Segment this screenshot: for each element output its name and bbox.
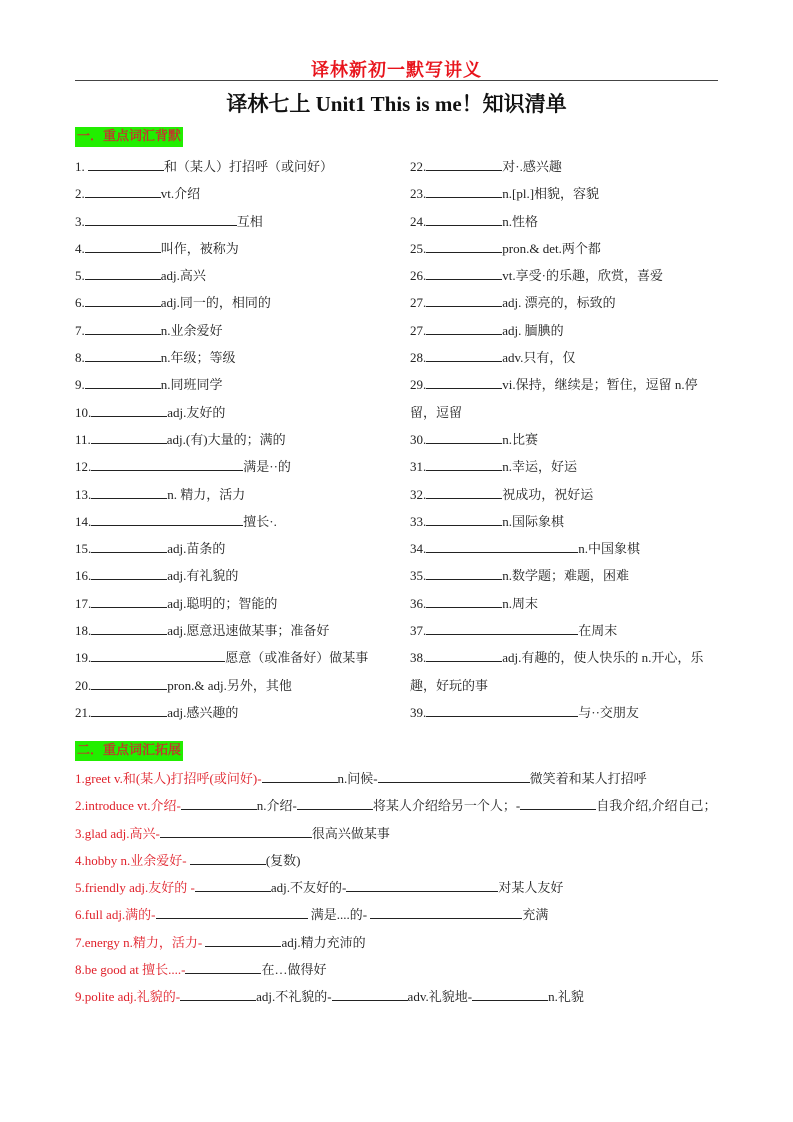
- item-number: 35.: [410, 568, 426, 583]
- extension-item: 4.hobby n.业余爱好- (复数): [75, 847, 725, 874]
- answer-blank[interactable]: [160, 825, 312, 838]
- item-number: 27.: [410, 295, 426, 310]
- extension-text: 将某人介绍给另一个人；-: [373, 798, 520, 813]
- answer-blank[interactable]: [426, 458, 502, 471]
- answer-blank[interactable]: [426, 376, 502, 389]
- vocab-item: 27.adj. 漂亮的，标致的: [410, 289, 720, 316]
- item-meaning: 互相: [237, 214, 263, 229]
- answer-blank[interactable]: [91, 595, 167, 608]
- item-number: 31.: [410, 459, 426, 474]
- item-number: 10.: [75, 405, 91, 420]
- extension-text: 很高兴做某事: [312, 826, 390, 841]
- extension-item: 6.full adj.满的- 满是....的- 充满: [75, 901, 725, 928]
- answer-blank[interactable]: [85, 213, 237, 226]
- answer-blank[interactable]: [346, 879, 498, 892]
- extension-prompt: 5.friendly adj.友好的 -: [75, 880, 195, 895]
- extension-text: (复数): [266, 853, 301, 868]
- vocab-item: 12.满是··的: [75, 453, 395, 480]
- answer-blank[interactable]: [426, 185, 502, 198]
- answer-blank[interactable]: [195, 879, 271, 892]
- vocab-item: 34.n.中国象棋: [410, 535, 720, 562]
- vocab-item: 21.adj.感兴趣的: [75, 699, 395, 726]
- extension-text: 充满: [522, 907, 548, 922]
- extension-prompt: 8.be good at 擅长....-: [75, 962, 185, 977]
- extension-text: adj.不礼貌的-: [256, 989, 331, 1004]
- vocab-item: 9.n.同班同学: [75, 371, 395, 398]
- item-number: 15.: [75, 541, 91, 556]
- item-number: 27.: [410, 323, 426, 338]
- answer-blank[interactable]: [91, 404, 167, 417]
- item-meaning: n.[pl.]相貌，容貌: [502, 186, 599, 201]
- answer-blank[interactable]: [205, 934, 281, 947]
- item-meaning: 祝成功，祝好运: [502, 487, 593, 502]
- vocab-item: 36.n.周末: [410, 590, 720, 617]
- item-meaning: 对·.感兴趣: [502, 159, 562, 174]
- answer-blank[interactable]: [426, 704, 578, 717]
- answer-blank[interactable]: [91, 458, 243, 471]
- item-number: 28.: [410, 350, 426, 365]
- answer-blank[interactable]: [426, 431, 502, 444]
- answer-blank[interactable]: [520, 797, 596, 810]
- answer-blank[interactable]: [190, 852, 266, 865]
- vocab-list-left: 1. 和（某人）打招呼（或问好）2.vt.介绍3.互相4.叫作，被称为5.adj…: [75, 153, 395, 726]
- answer-blank[interactable]: [426, 513, 502, 526]
- item-number: 17.: [75, 596, 91, 611]
- answer-blank[interactable]: [91, 649, 225, 662]
- extension-item: 9.polite adj.礼貌的-adj.不礼貌的-adv.礼貌地-n.礼貌: [75, 983, 725, 1010]
- answer-blank[interactable]: [185, 961, 261, 974]
- vocab-item: 10.adj.友好的: [75, 399, 395, 426]
- item-number: 33.: [410, 514, 426, 529]
- item-number: 19.: [75, 650, 91, 665]
- item-meaning: adj.友好的: [167, 405, 225, 420]
- answer-blank[interactable]: [426, 240, 502, 253]
- vocab-item: 39.与··交朋友: [410, 699, 720, 726]
- answer-blank[interactable]: [181, 797, 257, 810]
- item-meaning: n.同班同学: [161, 377, 223, 392]
- item-number: 6.: [75, 295, 85, 310]
- answer-blank[interactable]: [426, 540, 578, 553]
- answer-blank[interactable]: [426, 622, 578, 635]
- answer-blank[interactable]: [91, 486, 167, 499]
- extension-item: 3.glad adj.高兴-很高兴做某事: [75, 820, 725, 847]
- extension-text: 自我介绍,介绍自己；: [596, 798, 716, 813]
- item-number: 2.: [75, 186, 85, 201]
- extension-prompt: 4.hobby n.业余爱好-: [75, 853, 190, 868]
- extension-prompt: 3.glad adj.高兴-: [75, 826, 160, 841]
- extension-prompt: 6.full adj.满的-: [75, 907, 156, 922]
- item-number: 4.: [75, 241, 85, 256]
- vocab-item: 7.n.业余爱好: [75, 317, 395, 344]
- answer-blank[interactable]: [91, 704, 167, 717]
- vocab-item: 32.祝成功，祝好运: [410, 481, 720, 508]
- item-meaning: vt.介绍: [161, 186, 200, 201]
- vocab-item: 33.n.国际象棋: [410, 508, 720, 535]
- item-number: 20.: [75, 678, 91, 693]
- item-number: 13.: [75, 487, 91, 502]
- answer-blank[interactable]: [332, 988, 408, 1001]
- item-number: 36.: [410, 596, 426, 611]
- extension-item: 8.be good at 擅长....-在…做得好: [75, 956, 725, 983]
- document-title: 译林七上 Unit1 This is me！知识清单: [0, 88, 793, 118]
- answer-blank[interactable]: [426, 649, 502, 662]
- section-2-heading: 二．重点词汇拓展: [75, 741, 183, 761]
- vocab-item: 25.pron.& det.两个都: [410, 235, 720, 262]
- item-meaning: n.业余爱好: [161, 323, 223, 338]
- item-number: 26.: [410, 268, 426, 283]
- vocab-item: 19.愿意（或准备好）做某事: [75, 644, 395, 671]
- vocab-item: 31.n.幸运，好运: [410, 453, 720, 480]
- item-meaning: adv.只有，仅: [502, 350, 575, 365]
- item-number: 5.: [75, 268, 85, 283]
- vocab-item: 4.叫作，被称为: [75, 235, 395, 262]
- vocab-item: 2.vt.介绍: [75, 180, 395, 207]
- vocab-item: 37.在周末: [410, 617, 720, 644]
- item-number: 38.: [410, 650, 426, 665]
- vocab-item: 3.互相: [75, 208, 395, 235]
- extension-prompt: 2.introduce vt.介绍-: [75, 798, 181, 813]
- answer-blank[interactable]: [426, 349, 502, 362]
- vocab-item: 22.对·.感兴趣: [410, 153, 720, 180]
- section-1-heading: 一．重点词汇背默: [75, 127, 183, 147]
- item-number: 37.: [410, 623, 426, 638]
- answer-blank[interactable]: [91, 431, 167, 444]
- item-number: 39.: [410, 705, 426, 720]
- answer-blank[interactable]: [297, 797, 373, 810]
- item-number: 24.: [410, 214, 426, 229]
- answer-blank[interactable]: [426, 486, 502, 499]
- extension-text: adv.礼貌地-: [408, 989, 473, 1004]
- item-meaning: 擅长·.: [243, 514, 277, 529]
- item-meaning: n.数学题；难题，困难: [502, 568, 629, 583]
- extension-text: adj.不友好的-: [271, 880, 346, 895]
- item-meaning: n.比赛: [502, 432, 538, 447]
- vocab-extension-list: 1.greet v.和(某人)打招呼(或问好)-n.问候-微笑着和某人打招呼2.…: [75, 765, 725, 1011]
- answer-blank[interactable]: [85, 267, 161, 280]
- item-meaning: adj.感兴趣的: [167, 705, 238, 720]
- item-meaning: n.国际象棋: [502, 514, 564, 529]
- item-meaning: pron.& adj.另外，其他: [167, 678, 292, 693]
- extension-text: n.问候-: [338, 771, 378, 786]
- item-meaning: 愿意（或准备好）做某事: [225, 650, 368, 665]
- answer-blank[interactable]: [85, 322, 161, 335]
- extension-text: n.介绍-: [257, 798, 297, 813]
- item-number: 30.: [410, 432, 426, 447]
- vocab-item: 23.n.[pl.]相貌，容貌: [410, 180, 720, 207]
- header-divider: [75, 80, 718, 81]
- answer-blank[interactable]: [91, 540, 167, 553]
- vocab-item: 35.n.数学题；难题，困难: [410, 562, 720, 589]
- answer-blank[interactable]: [426, 213, 502, 226]
- item-number: 32.: [410, 487, 426, 502]
- vocab-item: 27.adj. 腼腆的: [410, 317, 720, 344]
- answer-blank[interactable]: [472, 988, 548, 1001]
- extension-text: 对某人友好: [498, 880, 563, 895]
- answer-blank[interactable]: [426, 595, 502, 608]
- item-meaning: pron.& det.两个都: [502, 241, 601, 256]
- vocab-item: 17.adj.聪明的；智能的: [75, 590, 395, 617]
- vocab-item: 14.擅长·.: [75, 508, 395, 535]
- item-number: 18.: [75, 623, 91, 638]
- answer-blank[interactable]: [85, 294, 161, 307]
- answer-blank[interactable]: [426, 322, 502, 335]
- answer-blank[interactable]: [262, 770, 338, 783]
- extension-item: 1.greet v.和(某人)打招呼(或问好)-n.问候-微笑着和某人打招呼: [75, 765, 725, 792]
- item-meaning: 在周末: [578, 623, 617, 638]
- vocab-item: 20.pron.& adj.另外，其他: [75, 672, 395, 699]
- vocab-item: 15.adj.苗条的: [75, 535, 395, 562]
- vocab-item: 11.adj.(有)大量的；满的: [75, 426, 395, 453]
- extension-prompt: 1.greet v.和(某人)打招呼(或问好)-: [75, 771, 262, 786]
- item-meaning: 满是··的: [243, 459, 291, 474]
- vocab-item: 38.adj.有趣的，使人快乐的 n.开心，乐趣，好玩的事: [410, 644, 720, 699]
- item-meaning: adj.有礼貌的: [167, 568, 238, 583]
- item-meaning: 和（某人）打招呼（或问好）: [164, 159, 333, 174]
- item-number: 8.: [75, 350, 85, 365]
- extension-text: 微笑着和某人打招呼: [530, 771, 647, 786]
- item-meaning: n.幸运，好运: [502, 459, 577, 474]
- item-meaning: adj. 漂亮的，标致的: [502, 295, 615, 310]
- answer-blank[interactable]: [91, 622, 167, 635]
- item-meaning: adj.同一的，相同的: [161, 295, 271, 310]
- answer-blank[interactable]: [426, 567, 502, 580]
- answer-blank[interactable]: [91, 513, 243, 526]
- vocab-item: 30.n.比赛: [410, 426, 720, 453]
- answer-blank[interactable]: [91, 677, 167, 690]
- extension-item: 5.friendly adj.友好的 -adj.不友好的-对某人友好: [75, 874, 725, 901]
- answer-blank[interactable]: [85, 240, 161, 253]
- vocab-item: 8.n.年级；等级: [75, 344, 395, 371]
- item-number: 9.: [75, 377, 85, 392]
- vocab-item: 18.adj.愿意迅速做某事；准备好: [75, 617, 395, 644]
- answer-blank[interactable]: [88, 158, 164, 171]
- item-number: 14.: [75, 514, 91, 529]
- extension-item: 2.introduce vt.介绍-n.介绍-将某人介绍给另一个人；-自我介绍,…: [75, 792, 725, 819]
- vocab-item: 6.adj.同一的，相同的: [75, 289, 395, 316]
- extension-text: 在…做得好: [261, 962, 326, 977]
- answer-blank[interactable]: [91, 567, 167, 580]
- item-meaning: vt.享受·的乐趣，欣赏，喜爱: [502, 268, 663, 283]
- item-meaning: 与··交朋友: [578, 705, 639, 720]
- item-number: 7.: [75, 323, 85, 338]
- item-number: 29.: [410, 377, 426, 392]
- extension-text: n.礼貌: [548, 989, 584, 1004]
- item-meaning: adj.愿意迅速做某事；准备好: [167, 623, 329, 638]
- vocab-item: 28.adv.只有，仅: [410, 344, 720, 371]
- vocab-item: 5.adj.高兴: [75, 262, 395, 289]
- vocab-item: 24.n.性格: [410, 208, 720, 235]
- vocab-item: 29.vi.保持，继续是；暂住，逗留 n.停留，逗留: [410, 371, 720, 426]
- item-meaning: n.周末: [502, 596, 538, 611]
- item-number: 16.: [75, 568, 91, 583]
- extension-prompt: 9.polite adj.礼貌的-: [75, 989, 180, 1004]
- item-meaning: n.中国象棋: [578, 541, 640, 556]
- item-number: 1.: [75, 159, 88, 174]
- item-meaning: adj.聪明的；智能的: [167, 596, 277, 611]
- extension-prompt: 7.energy n.精力，活力-: [75, 935, 205, 950]
- vocab-item: 13.n. 精力，活力: [75, 481, 395, 508]
- item-meaning: adj.高兴: [161, 268, 206, 283]
- answer-blank[interactable]: [85, 376, 161, 389]
- vocab-item: 16.adj.有礼貌的: [75, 562, 395, 589]
- answer-blank[interactable]: [180, 988, 256, 1001]
- extension-text: 满是....的-: [308, 907, 371, 922]
- answer-blank[interactable]: [426, 294, 502, 307]
- item-number: 12.: [75, 459, 91, 474]
- item-meaning: n. 精力，活力: [167, 487, 245, 502]
- vocab-list-right: 22.对·.感兴趣23.n.[pl.]相貌，容貌24.n.性格25.pron.&…: [410, 153, 720, 726]
- item-meaning: adj.苗条的: [167, 541, 225, 556]
- item-number: 25.: [410, 241, 426, 256]
- item-number: 11.: [75, 432, 91, 447]
- answer-blank[interactable]: [378, 770, 530, 783]
- series-title: 译林新初一默写讲义: [0, 56, 793, 82]
- item-number: 21.: [75, 705, 91, 720]
- item-meaning: adj.(有)大量的；满的: [167, 432, 286, 447]
- extension-item: 7.energy n.精力，活力- adj.精力充沛的: [75, 929, 725, 956]
- item-meaning: n.年级；等级: [161, 350, 236, 365]
- extension-text: adj.精力充沛的: [281, 935, 365, 950]
- answer-blank[interactable]: [426, 267, 502, 280]
- vocab-item: 1. 和（某人）打招呼（或问好）: [75, 153, 395, 180]
- answer-blank[interactable]: [426, 158, 502, 171]
- item-number: 22.: [410, 159, 426, 174]
- item-number: 3.: [75, 214, 85, 229]
- answer-blank[interactable]: [85, 185, 161, 198]
- item-meaning: adj. 腼腆的: [502, 323, 563, 338]
- item-number: 34.: [410, 541, 426, 556]
- vocab-item: 26.vt.享受·的乐趣，欣赏，喜爱: [410, 262, 720, 289]
- item-meaning: 叫作，被称为: [161, 241, 239, 256]
- answer-blank[interactable]: [370, 906, 522, 919]
- item-number: 23.: [410, 186, 426, 201]
- answer-blank[interactable]: [156, 906, 308, 919]
- item-meaning: n.性格: [502, 214, 538, 229]
- answer-blank[interactable]: [85, 349, 161, 362]
